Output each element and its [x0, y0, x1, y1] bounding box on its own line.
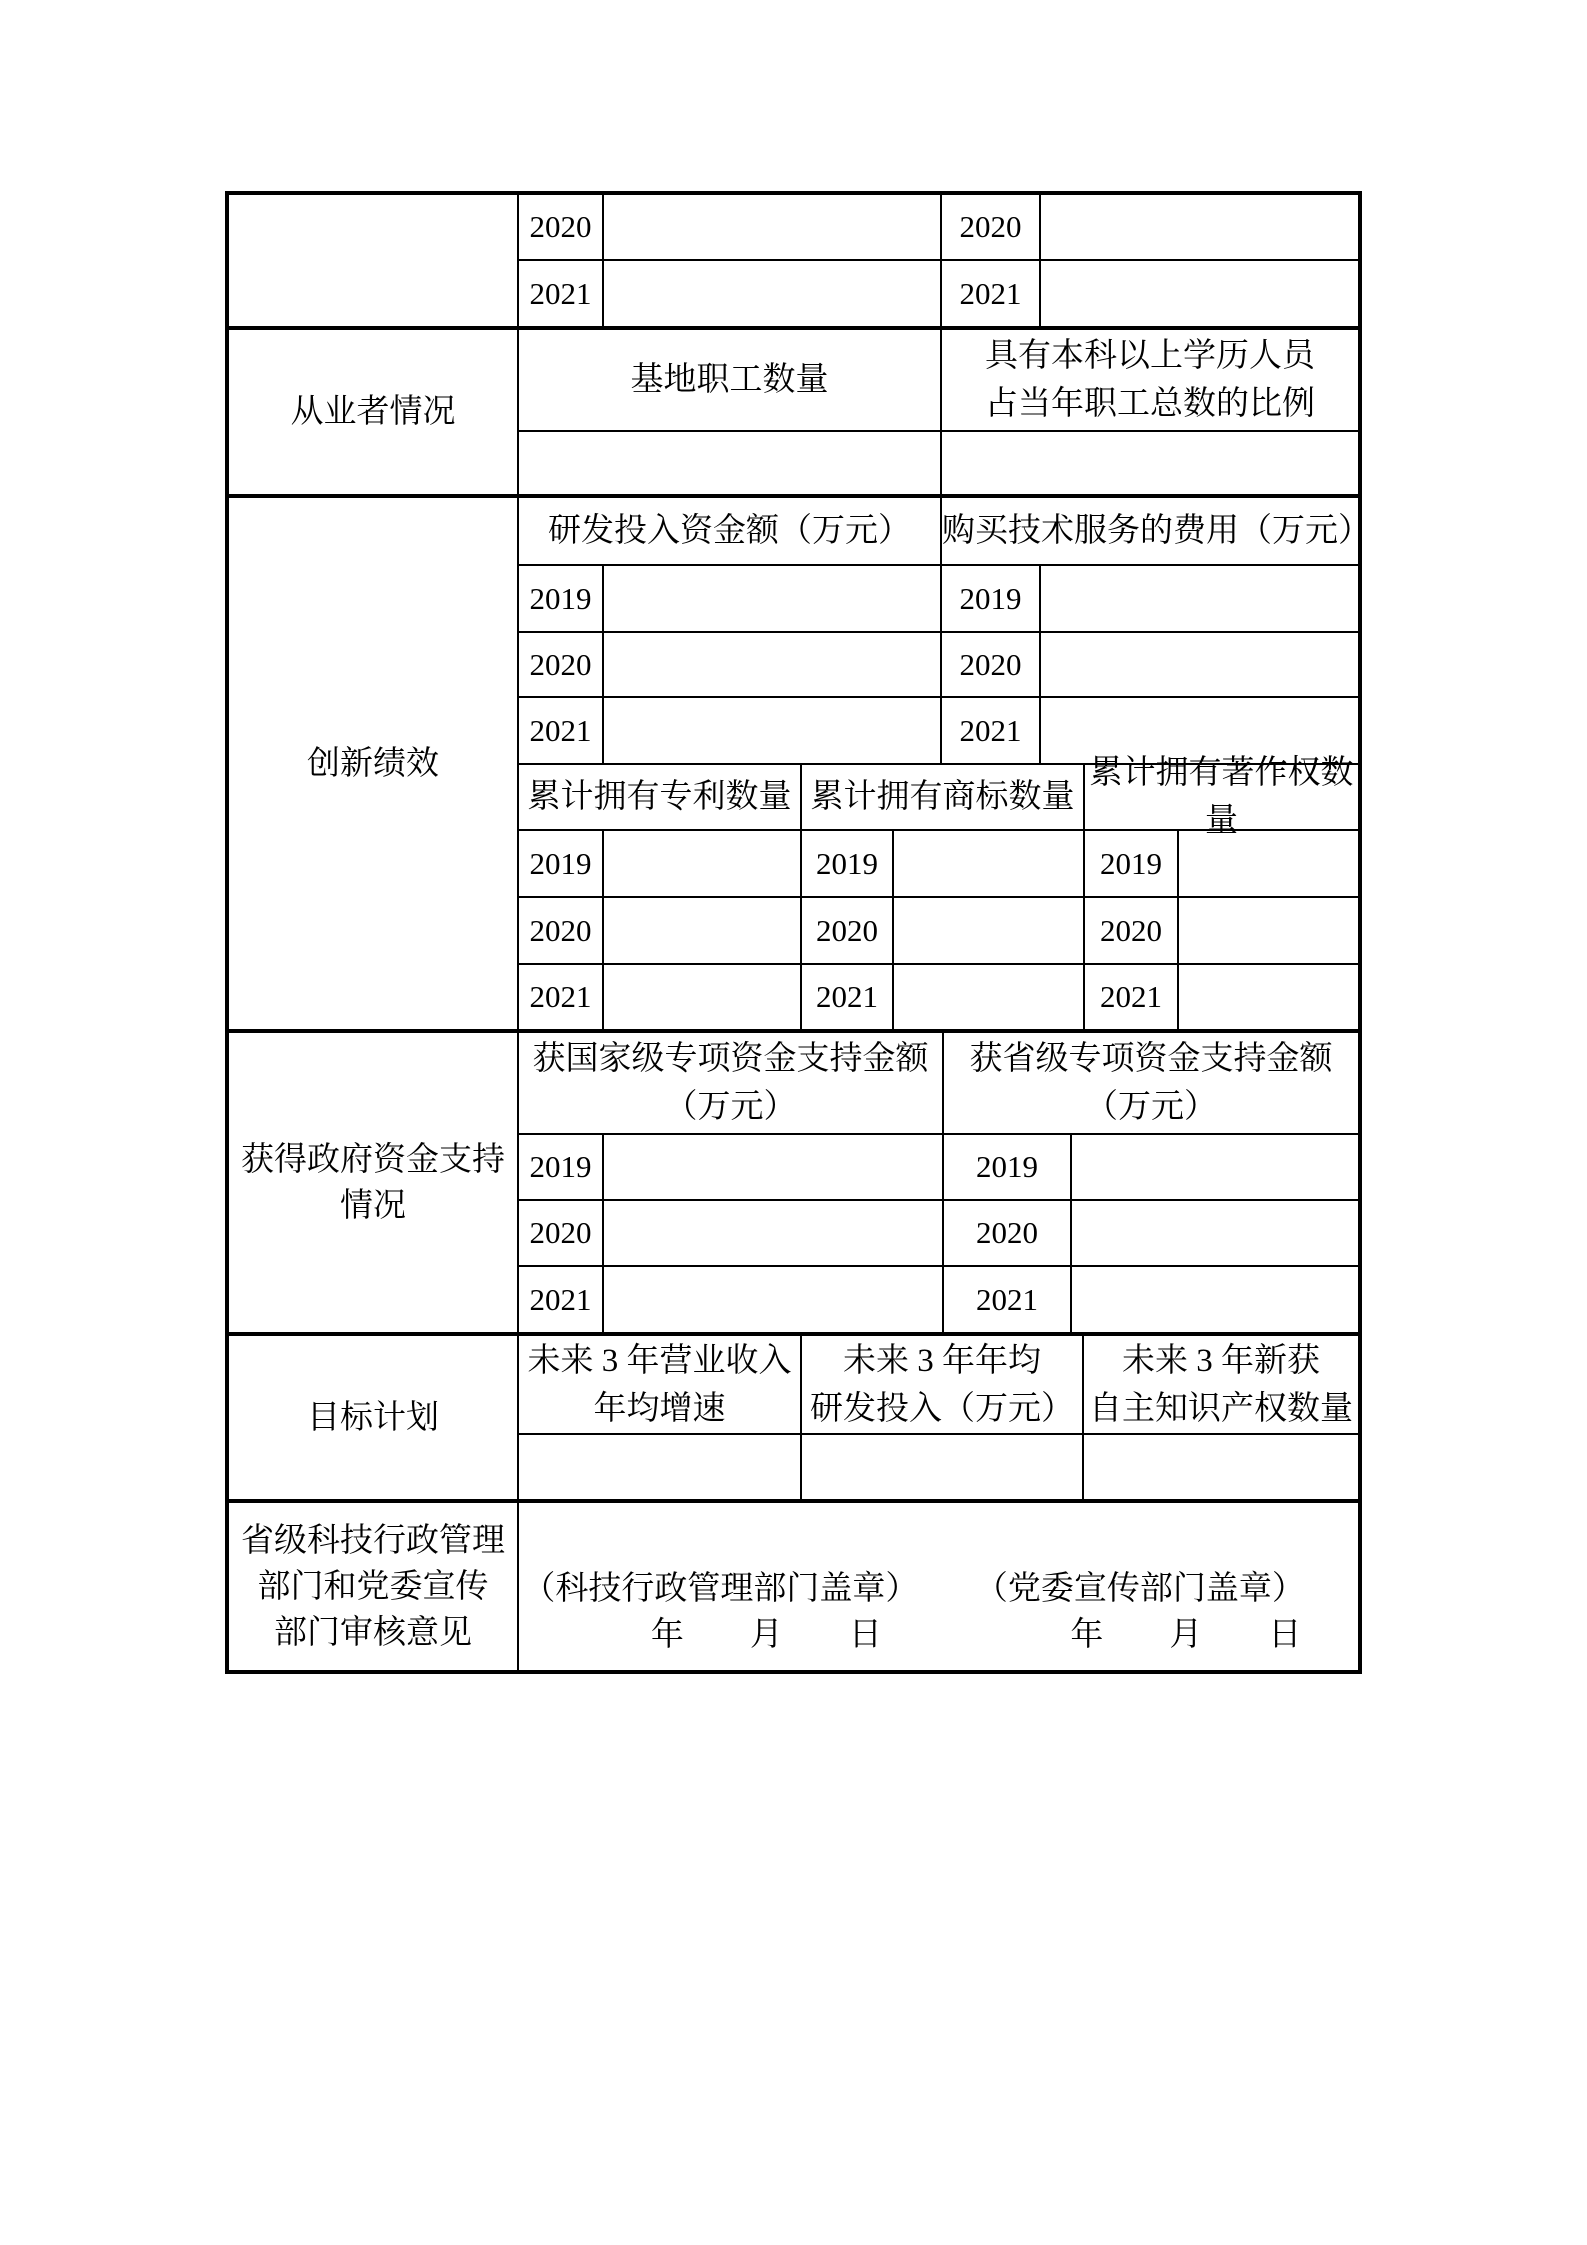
carryover-label-cell [229, 195, 519, 326]
patent-header: 累计拥有专利数量 [519, 765, 800, 829]
label-line: 获得政府资金支持 [241, 1137, 505, 1183]
header-line: 自主知识产权数量 [1089, 1385, 1353, 1433]
stamp-date: 年 月 日 [651, 1612, 882, 1658]
goal-ip-header: 未来 3 年新获 自主知识产权数量 [1082, 1336, 1358, 1433]
year-label-cell: 2020 [519, 1201, 602, 1265]
year-label-cell: 2020 [940, 633, 1039, 696]
header-line: 占当年职工总数的比例 [985, 380, 1315, 428]
copyright-header: 累计拥有著作权数量 [1083, 765, 1358, 829]
label-line: 部门审核意见 [274, 1610, 472, 1656]
year-label-cell: 2021 [519, 965, 602, 1029]
document-page: { "page": { "background": "#ffffff", "li… [0, 0, 1587, 2245]
stamp-caption: （科技行政管理部门盖章） [522, 1566, 918, 1612]
header-line: 未来 3 年新获 [1122, 1337, 1320, 1385]
goal-revenue-header: 未来 3 年营业收入 年均增速 [519, 1336, 800, 1433]
value-input-cell[interactable] [1039, 566, 1358, 631]
value-input-cell[interactable] [1177, 831, 1358, 896]
goal-rd-header: 未来 3 年年均 研发投入（万元） [800, 1336, 1082, 1433]
value-input-cell[interactable] [602, 1201, 942, 1265]
employees-col1-header: 基地职工数量 [519, 330, 940, 430]
value-input-cell[interactable] [602, 1135, 942, 1199]
header-line: 获国家级专项资金支持金额 [533, 1035, 929, 1083]
section-carryover: 2020 2020 2021 2021 [229, 195, 1358, 326]
header-line: 研发投入（万元） [810, 1385, 1074, 1433]
year-label-cell: 2020 [519, 633, 602, 696]
section-goals: 目标计划 未来 3 年营业收入 年均增速 未来 3 年年均 研发投入（万元） 未… [229, 1332, 1358, 1499]
label-line: 省级科技行政管理 [241, 1518, 505, 1564]
value-input-cell[interactable] [940, 432, 1358, 494]
value-input-cell[interactable] [1070, 1135, 1358, 1199]
value-input-cell[interactable] [1177, 898, 1358, 963]
value-input-cell[interactable] [602, 965, 800, 1029]
year-label-cell: 2021 [519, 261, 602, 326]
value-input-cell[interactable] [1082, 1435, 1358, 1499]
year-label-cell: 2019 [942, 1135, 1070, 1199]
employees-col2-header: 具有本科以上学历人员 占当年职工总数的比例 [940, 330, 1358, 430]
value-input-cell[interactable] [602, 261, 940, 326]
tech-purchase-header: 购买技术服务的费用（万元） [940, 498, 1358, 564]
year-label-cell: 2021 [942, 1267, 1070, 1332]
employees-label: 从业者情况 [229, 330, 519, 494]
value-input-cell[interactable] [602, 831, 800, 896]
year-label-cell: 2020 [940, 195, 1039, 259]
value-input-cell[interactable] [892, 965, 1083, 1029]
application-form-table: 2020 2020 2021 2021 从业者情况 基地职工数量 具有本科以上学… [225, 191, 1362, 1674]
value-input-cell[interactable] [602, 1267, 942, 1332]
section-innovation: 创新绩效 研发投入资金额（万元） 购买技术服务的费用（万元） 2019 2019… [229, 494, 1358, 1029]
value-input-cell[interactable] [1039, 261, 1358, 326]
year-label-cell: 2019 [800, 831, 892, 896]
section-review: 省级科技行政管理 部门和党委宣传 部门审核意见 （科技行政管理部门盖章） 年 月… [229, 1499, 1358, 1670]
value-input-cell[interactable] [602, 566, 940, 631]
value-input-cell[interactable] [1070, 1201, 1358, 1265]
year-label-cell: 2019 [519, 831, 602, 896]
header-line: 未来 3 年年均 [843, 1337, 1041, 1385]
header-line: （万元） [1085, 1083, 1217, 1131]
year-label-cell: 2021 [519, 1267, 602, 1332]
year-label-cell: 2020 [519, 195, 602, 259]
national-funding-header: 获国家级专项资金支持金额 （万元） [519, 1033, 942, 1133]
trademark-header: 累计拥有商标数量 [800, 765, 1083, 829]
party-dept-stamp-area: （党委宣传部门盖章） 年 月 日 [922, 1503, 1358, 1658]
review-label: 省级科技行政管理 部门和党委宣传 部门审核意见 [229, 1503, 519, 1670]
provincial-funding-header: 获省级专项资金支持金额 （万元） [942, 1033, 1358, 1133]
year-label-cell: 2020 [519, 898, 602, 963]
value-input-cell[interactable] [602, 195, 940, 259]
stamp-caption: （党委宣传部门盖章） [975, 1566, 1305, 1612]
value-input-cell[interactable] [602, 898, 800, 963]
year-label-cell: 2020 [800, 898, 892, 963]
value-input-cell[interactable] [892, 831, 1083, 896]
header-line: 获省级专项资金支持金额 [970, 1035, 1333, 1083]
year-label-cell: 2021 [1083, 965, 1177, 1029]
year-label-cell: 2021 [800, 965, 892, 1029]
value-input-cell[interactable] [1039, 633, 1358, 696]
header-line: 未来 3 年营业收入 [528, 1337, 792, 1385]
year-label-cell: 2020 [942, 1201, 1070, 1265]
rd-investment-header: 研发投入资金额（万元） [519, 498, 940, 564]
value-input-cell[interactable] [1177, 965, 1358, 1029]
goals-label: 目标计划 [229, 1336, 519, 1499]
year-label-cell: 2020 [1083, 898, 1177, 963]
value-input-cell[interactable] [519, 432, 940, 494]
value-input-cell[interactable] [800, 1435, 1082, 1499]
value-input-cell[interactable] [1039, 195, 1358, 259]
stamp-date: 年 月 日 [1070, 1612, 1301, 1658]
year-label-cell: 2019 [519, 566, 602, 631]
value-input-cell[interactable] [1070, 1267, 1358, 1332]
value-input-cell[interactable] [602, 633, 940, 696]
section-employees: 从业者情况 基地职工数量 具有本科以上学历人员 占当年职工总数的比例 [229, 326, 1358, 494]
year-label-cell: 2019 [940, 566, 1039, 631]
label-line: 部门和党委宣传 [258, 1564, 489, 1610]
value-input-cell[interactable] [602, 698, 940, 763]
tech-dept-stamp-area: （科技行政管理部门盖章） 年 月 日 [519, 1503, 922, 1658]
year-label-cell: 2021 [940, 698, 1039, 763]
year-label-cell: 2019 [1083, 831, 1177, 896]
year-label-cell: 2019 [519, 1135, 602, 1199]
header-line: 年均增速 [594, 1385, 726, 1433]
section-funding: 获得政府资金支持 情况 获国家级专项资金支持金额 （万元） 获省级专项资金支持金… [229, 1029, 1358, 1332]
year-label-cell: 2021 [519, 698, 602, 763]
innovation-label: 创新绩效 [229, 498, 519, 1029]
value-input-cell[interactable] [892, 898, 1083, 963]
year-label-cell: 2021 [940, 261, 1039, 326]
label-line: 情况 [340, 1183, 406, 1229]
header-line: （万元） [665, 1083, 797, 1131]
funding-label: 获得政府资金支持 情况 [229, 1033, 519, 1332]
header-line: 具有本科以上学历人员 [985, 332, 1315, 380]
value-input-cell[interactable] [519, 1435, 800, 1499]
